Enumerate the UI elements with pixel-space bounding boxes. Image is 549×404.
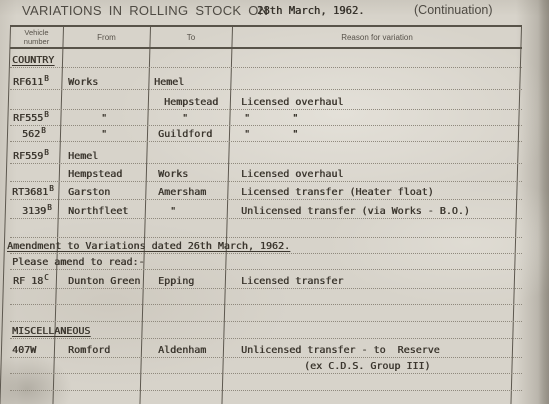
header-to: To [150, 27, 232, 47]
amendment-note: Please amend to read:- [10, 254, 522, 270]
table-row-empty [10, 305, 522, 322]
table-header: Vehicle number From To Reason for variat… [10, 27, 522, 49]
cell-from: Dunton Green [63, 276, 150, 287]
cell-to: " [150, 113, 232, 124]
header-vehicle-number: Vehicle number [10, 27, 63, 47]
cell-to: Guildford [150, 129, 232, 140]
cell-from: Works [63, 77, 150, 88]
cell-vehicle-number: RF 18C [10, 276, 63, 287]
table-row: RF611B Works Hemel [10, 68, 522, 90]
table-row-empty [10, 374, 522, 391]
cell-vehicle-number: RF555B [10, 113, 63, 124]
table-row-empty [10, 391, 522, 404]
cell-to: Epping [150, 276, 232, 287]
table-row: Hempstead Works Licensed overhaul [10, 164, 522, 182]
form-title: VARIATIONS IN ROLLING STOCK ON [22, 3, 268, 18]
cell-reason: (ex C.D.S. Group III) [232, 361, 522, 372]
cell-vehicle-number: RF559B [10, 151, 63, 162]
cell-from: Northfleet [63, 206, 150, 217]
section-heading-amendment: Amendment to Variations dated 26th March… [10, 238, 522, 254]
cell-from: " [63, 129, 150, 140]
table-row: RT3681B Garston Amersham Licensed transf… [10, 182, 522, 200]
table-row: 3139B Northfleet " Unlicensed transfer (… [10, 200, 522, 219]
cell-to: Aldenham [150, 345, 232, 356]
header-from: From [63, 27, 150, 47]
scanned-document-page: VARIATIONS IN ROLLING STOCK ON 28th Marc… [0, 0, 549, 404]
table-row: RF559B Hemel [10, 142, 522, 164]
section-heading-miscellaneous: MISCELLANEOUS [10, 322, 522, 339]
cell-from: Garston [63, 187, 150, 198]
cell-reason: Unlicensed transfer - to Reserve [232, 345, 522, 356]
form-continuation-label: (Continuation) [414, 3, 493, 17]
cell-to: " [150, 206, 232, 217]
cell-vehicle-number: 3139B [10, 206, 63, 217]
cell-from: Hemel [63, 151, 150, 162]
cell-vehicle-number: RF611B [10, 77, 63, 88]
table-row: RF 18C Dunton Green Epping Licensed tran… [10, 270, 522, 289]
table-row-empty [10, 289, 522, 305]
cell-to: Amersham [150, 187, 232, 198]
cell-reason: Unlicensed transfer (via Works - B.O.) [232, 206, 522, 217]
cell-to: Hempstead [150, 97, 232, 108]
cell-reason: " " [232, 113, 522, 124]
cell-reason: Licensed transfer [232, 276, 522, 287]
table-row: (ex C.D.S. Group III) [10, 358, 522, 374]
table-row-empty [10, 219, 522, 238]
cell-reason: Licensed overhaul [232, 169, 522, 180]
table-row: RF555B " " " " [10, 110, 522, 126]
cell-from: Hempstead [63, 169, 150, 180]
variations-table: Vehicle number From To Reason for variat… [10, 25, 522, 404]
section-heading-country: COUNTRY [10, 49, 522, 68]
cell-to: Hemel [150, 77, 232, 88]
cell-from: Romford [63, 345, 150, 356]
table-row: 407W Romford Aldenham Unlicensed transfe… [10, 339, 522, 358]
cell-reason: Licensed overhaul [232, 97, 522, 108]
cell-vehicle-number: RT3681B [10, 187, 63, 198]
cell-reason: " " [232, 129, 522, 140]
cell-vehicle-number: 407W [10, 345, 63, 356]
table-row: 562B " Guildford " " [10, 126, 522, 142]
table-body: COUNTRY RF611B Works Hemel Hempstead Lic… [10, 49, 522, 404]
form-date: 28th March, 1962. [257, 5, 364, 17]
header-reason: Reason for variation [232, 27, 522, 47]
cell-vehicle-number: 562B [10, 129, 63, 140]
cell-to: Works [150, 169, 232, 180]
cell-from: " [63, 113, 150, 124]
table-row: Hempstead Licensed overhaul [10, 90, 522, 110]
cell-reason: Licensed transfer (Heater float) [232, 187, 522, 198]
